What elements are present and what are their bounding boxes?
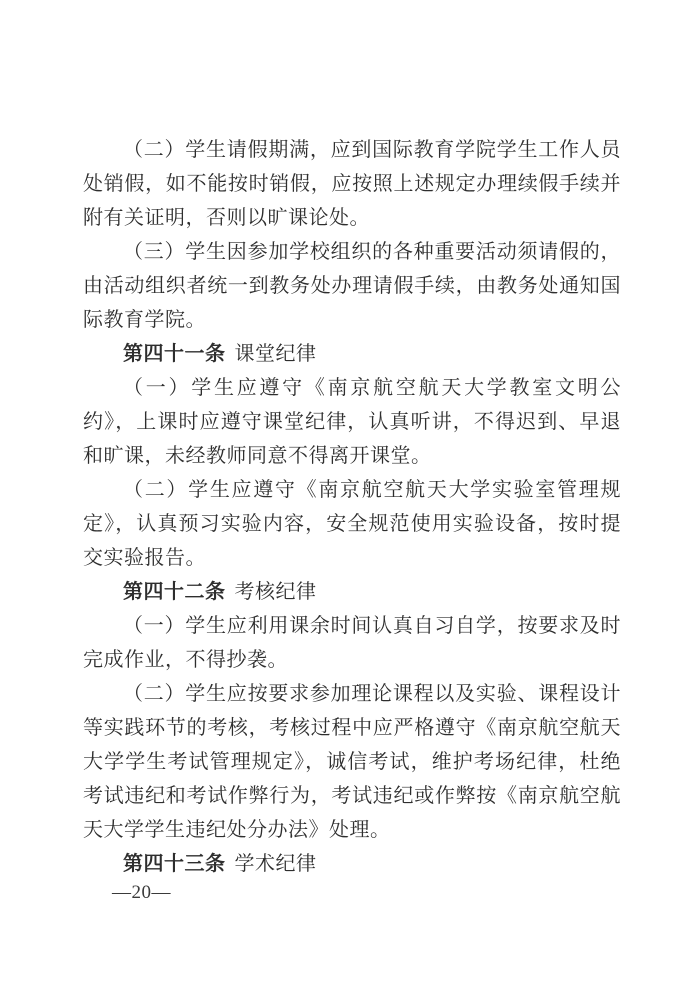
article-title: 学术纪律 [235,853,317,875]
article-number: 第四十三条 [123,853,226,875]
paragraph-school-activity-leave: （三）学生因参加学校组织的各种重要活动须请假的，由活动组织者统一到教务处办理请假… [83,235,621,337]
article-heading-41: 第四十一条课堂纪律 [83,337,621,371]
article-heading-42: 第四十二条考核纪律 [83,575,621,609]
paragraph-assessment-rules-2: （二）学生应按要求参加理论课程以及实验、课程设计等实践环节的考核，考核过程中应严… [83,677,621,847]
article-title: 考核纪律 [235,581,317,603]
paragraph-leave-cancellation: （二）学生请假期满，应到国际教育学院学生工作人员处销假，如不能按时销假，应按照上… [83,133,621,235]
paragraph-assessment-rules-1: （一）学生应利用课余时间认真自习自学，按要求及时完成作业，不得抄袭。 [83,609,621,677]
article-number: 第四十一条 [123,343,226,365]
article-title: 课堂纪律 [235,343,317,365]
paragraph-classroom-rules-1: （一）学生应遵守《南京航空航天大学教室文明公约》，上课时应遵守课堂纪律，认真听讲… [83,371,621,473]
page-footer: —20— [112,882,171,904]
article-heading-43: 第四十三条学术纪律 [83,847,621,881]
document-page: （二）学生请假期满，应到国际教育学院学生工作人员处销假，如不能按时销假，应按照上… [0,0,699,989]
document-body: （二）学生请假期满，应到国际教育学院学生工作人员处销假，如不能按时销假，应按照上… [83,133,621,881]
paragraph-classroom-rules-2: （二）学生应遵守《南京航空航天大学实验室管理规定》，认真预习实验内容，安全规范使… [83,473,621,575]
page-number: —20— [112,882,171,903]
article-number: 第四十二条 [123,581,226,603]
